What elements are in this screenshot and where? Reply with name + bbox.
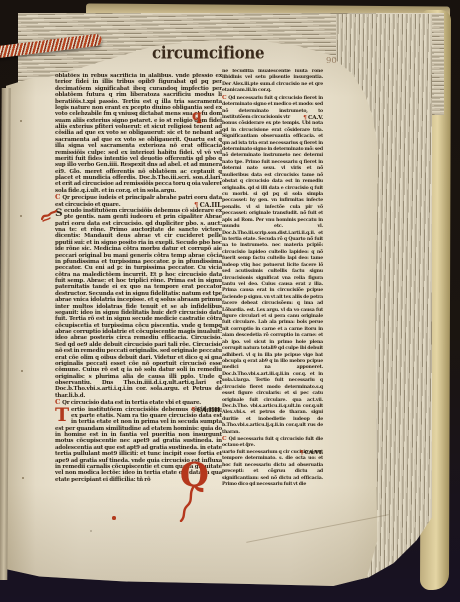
right_column-paragraph-3: bonus cõsiderare ex pte tempis. Ubi nota… (222, 121, 323, 436)
chapter-marker: ¶ CA.IIII. (191, 407, 222, 413)
right_column-paragraph-5: uarto fuit necessarium q cir cucisio sie… (222, 450, 323, 489)
left_column-paragraph-2: C Qr precipue iudeis et principalr abrah… (55, 194, 222, 208)
text-block: circumcifione 90 oblatões in rebus sacri… (0, 0, 460, 602)
initial-flourish-icon (178, 486, 200, 522)
red-ink-blot (112, 516, 116, 520)
book-photograph: circumcifione 90 oblatões in rebus sacri… (0, 0, 460, 602)
chapter-number-label: CA.VI. (305, 450, 323, 456)
right_column-paragraph-2: C Qd necessariu fuit q circucisio fieret… (222, 95, 323, 122)
folio-number: 90 (326, 56, 337, 66)
running-title: circumcifione (152, 43, 264, 63)
left-text-column: oblatões in rebus sacrificia in alalibus… (55, 73, 222, 502)
paragraph-mark-icon: C (55, 193, 62, 201)
right_column-paragraph-1: ne fecuditia inualescentie iuuta rõne li… (222, 69, 323, 95)
drop-cap-initial: T (55, 407, 69, 424)
right_column-paragraph-4: C Qd necessariu fuit q circucisio fult d… (222, 436, 323, 450)
paragraph-mark-icon: C (222, 435, 229, 442)
left_column-paragraph-3: Secudo institutõem circucisiõis debemus … (55, 208, 222, 399)
chapter-number-label: CA.IIII. (197, 406, 222, 414)
right-text-column: ne fecuditia inualescentie iuuta rõne li… (222, 69, 323, 499)
manicule-icon (41, 208, 57, 222)
paragraph-mark-icon: C (222, 94, 228, 101)
chapter-marker: ¶ CA.VI. (300, 450, 323, 456)
small-red-initial: q (192, 109, 202, 123)
left_column-paragraph-1: oblatões in rebus sacrificia in alalibus… (55, 73, 222, 194)
